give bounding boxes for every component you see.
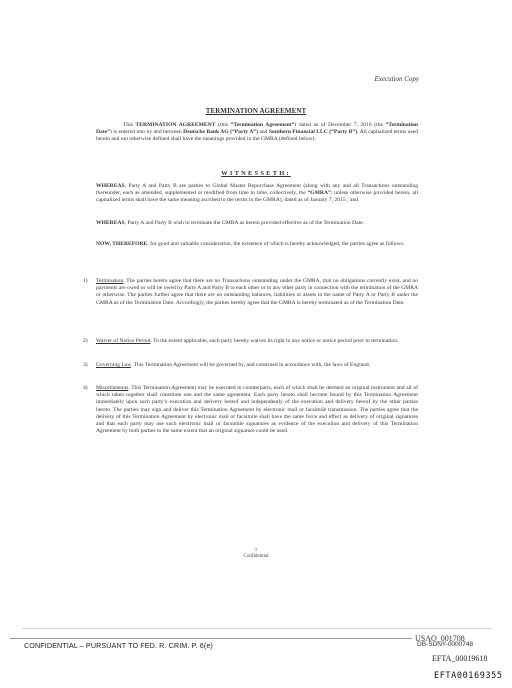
whereas-clause-2: WHEREAS, Party A and Party B wish to ter…: [96, 220, 418, 227]
list-item-termination: 1) Termination. The parties hereto agree…: [83, 278, 418, 307]
intro-bold-term: TERMINATION AGREEMENT: [136, 122, 216, 128]
intro-text: and: [258, 129, 269, 135]
list-item-waiver: 2) Waiver of Notice Period. To the exten…: [83, 338, 418, 345]
intro-bold-term: “Termination Agreement”: [231, 122, 295, 128]
now-therefore-clause: NOW, THEREFORE, for good and valuable co…: [96, 241, 418, 248]
item-number: 4): [83, 385, 96, 435]
intro-text: (this: [215, 122, 230, 128]
document-page: Execution Copy TERMINATION AGREEMENT Thi…: [0, 0, 512, 688]
document-title: TERMINATION AGREEMENT: [0, 107, 512, 115]
party-a: Deutsche Bank AG (“Party A”): [183, 129, 258, 135]
item-heading: Termination: [96, 278, 123, 284]
item-text: . The parties hereto agree that there ar…: [96, 278, 418, 306]
witnesseth-heading: WITNESSETH:: [0, 170, 512, 177]
confidential-label: Confidential: [0, 554, 512, 560]
efta-bates-stamp-2: EFTA00169355: [434, 671, 503, 681]
intro-text: ) dated as of December 7, 2016 (the: [294, 122, 385, 128]
intro-paragraph: This TERMINATION AGREEMENT (this “Termin…: [96, 122, 418, 144]
item-body: Miscellaneous. This Termination Agreemen…: [96, 385, 418, 435]
db-sdny-bates-stamp: DB-SDNY-0000748: [417, 641, 473, 648]
list-item-governing-law: 3) Governing Law. This Termination Agree…: [83, 362, 418, 369]
page-footer: 1 Confidential: [0, 548, 512, 560]
intro-text: This: [123, 122, 136, 128]
confidential-notice: CONFIDENTIAL – PURSUANT TO FED. R. CRIM.…: [24, 641, 213, 650]
gmra-term: “GMRA”: [308, 190, 331, 196]
efta-bates-stamp: EFTA_00019618: [432, 654, 487, 663]
item-heading: Governing Law: [96, 362, 131, 368]
item-heading: Miscellaneous: [96, 385, 128, 391]
now-therefore-lead: NOW, THEREFORE: [96, 241, 147, 247]
whereas-text: , Party A and Party B wish to terminate …: [125, 220, 364, 226]
item-body: Waiver of Notice Period. To the extent a…: [96, 338, 418, 345]
intro-text: ) is entered into by and between: [110, 129, 183, 135]
item-body: Governing Law. This Termination Agreemen…: [96, 362, 418, 369]
item-heading: Waiver of Notice Period: [96, 338, 150, 344]
item-number: 2): [83, 338, 96, 345]
item-number: 1): [83, 278, 96, 307]
item-body: Termination. The parties hereto agree th…: [96, 278, 418, 307]
execution-copy-label: Execution Copy: [374, 75, 419, 83]
item-text: . This Termination Agreement will be gov…: [131, 362, 370, 368]
divider-line: [22, 628, 492, 629]
whereas-clause-1: WHEREAS, Party A and Party B are parties…: [96, 183, 418, 205]
whereas-lead: WHEREAS: [96, 183, 125, 189]
whereas-lead: WHEREAS: [96, 220, 125, 226]
item-number: 3): [83, 362, 96, 369]
item-text: . This Termination Agreement may be exec…: [96, 385, 418, 434]
party-b: Southern Financial LLC (“Party B”): [269, 129, 357, 135]
divider-line: [10, 638, 412, 639]
item-text: . To the extent applicable, each party h…: [150, 338, 398, 344]
list-item-miscellaneous: 4) Miscellaneous. This Termination Agree…: [83, 385, 418, 435]
now-therefore-text: , for good and valuable consideration, t…: [147, 241, 404, 247]
